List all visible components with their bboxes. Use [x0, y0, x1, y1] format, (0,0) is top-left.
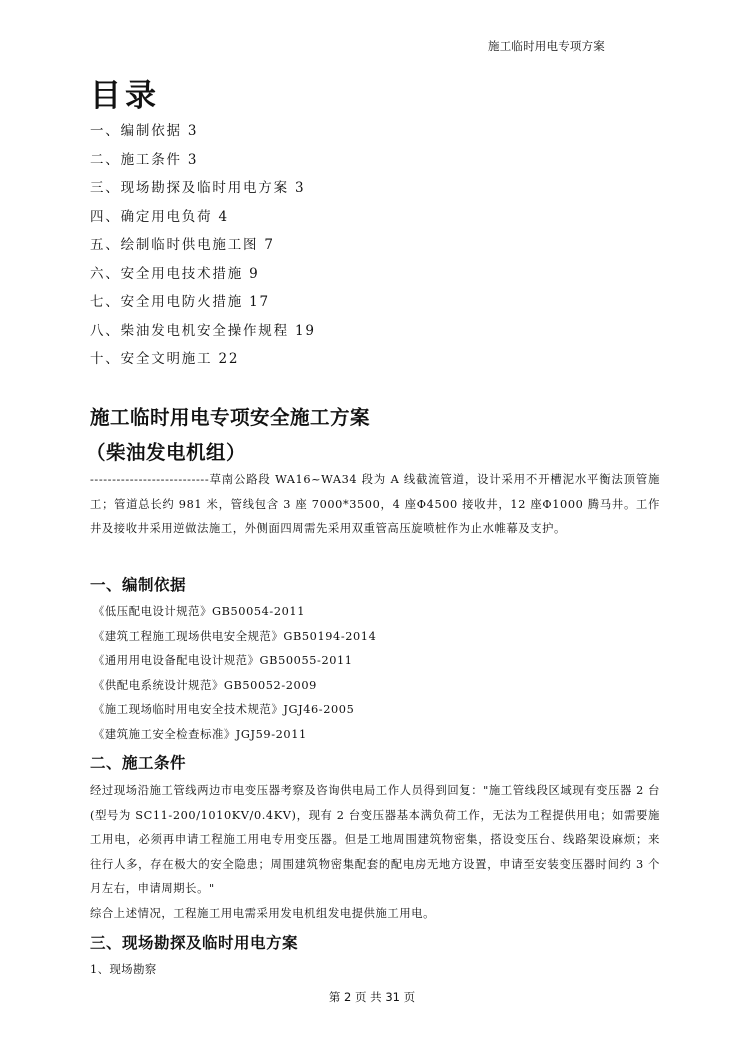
reference-item: 《供配电系统设计规范》GB50052-2009 — [93, 674, 376, 699]
document-title: 施工临时用电专项安全施工方案 — [90, 402, 370, 430]
conditions-paragraph: 经过现场沿施工管线两边市电变压器考察及咨询供电局工作人员得到回复："施工管线段区… — [90, 779, 660, 902]
toc-item[interactable]: 二、施工条件 3 — [90, 146, 316, 175]
toc-item[interactable]: 六、安全用电技术措施 9 — [90, 260, 316, 289]
reference-item: 《建筑施工安全检查标准》JGJ59-2011 — [93, 723, 376, 748]
section-title-conditions: 二、施工条件 — [90, 751, 186, 773]
reference-item: 《建筑工程施工现场供电安全规范》GB50194-2014 — [93, 625, 376, 650]
toc-item[interactable]: 五、绘制临时供电施工图 7 — [90, 231, 316, 260]
reference-item: 《低压配电设计规范》GB50054-2011 — [93, 600, 376, 625]
toc-title: 目录 — [90, 70, 160, 115]
section-title-survey: 三、现场勘探及临时用电方案 — [90, 931, 298, 953]
page-footer: 第 2 页 共 31 页 — [0, 989, 744, 1005]
reference-item: 《通用用电设备配电设计规范》GB50055-2011 — [93, 649, 376, 674]
intro-paragraph: ---------------------------草南公路段 WA16~WA… — [90, 468, 660, 542]
toc-item[interactable]: 四、确定用电负荷 4 — [90, 203, 316, 232]
toc-item[interactable]: 三、现场勘探及临时用电方案 3 — [90, 174, 316, 203]
toc-item[interactable]: 十、安全文明施工 22 — [90, 345, 316, 374]
toc-list: 一、编制依据 3 二、施工条件 3 三、现场勘探及临时用电方案 3 四、确定用电… — [90, 117, 316, 374]
document-subtitle: （柴油发电机组） — [86, 437, 246, 465]
toc-item[interactable]: 七、安全用电防火措施 17 — [90, 288, 316, 317]
reference-list: 《低压配电设计规范》GB50054-2011 《建筑工程施工现场供电安全规范》G… — [93, 600, 376, 747]
toc-item[interactable]: 一、编制依据 3 — [90, 117, 316, 146]
reference-item: 《施工现场临时用电安全技术规范》JGJ46-2005 — [93, 698, 376, 723]
toc-item[interactable]: 八、柴油发电机安全操作规程 19 — [90, 317, 316, 346]
page-header: 施工临时用电专项方案 — [488, 38, 605, 54]
subsection-title: 1、现场勘察 — [90, 960, 157, 980]
section-title-basis: 一、编制依据 — [90, 573, 186, 595]
conditions-summary: 综合上述情况，工程施工用电需采用发电机组发电提供施工用电。 — [90, 902, 435, 926]
